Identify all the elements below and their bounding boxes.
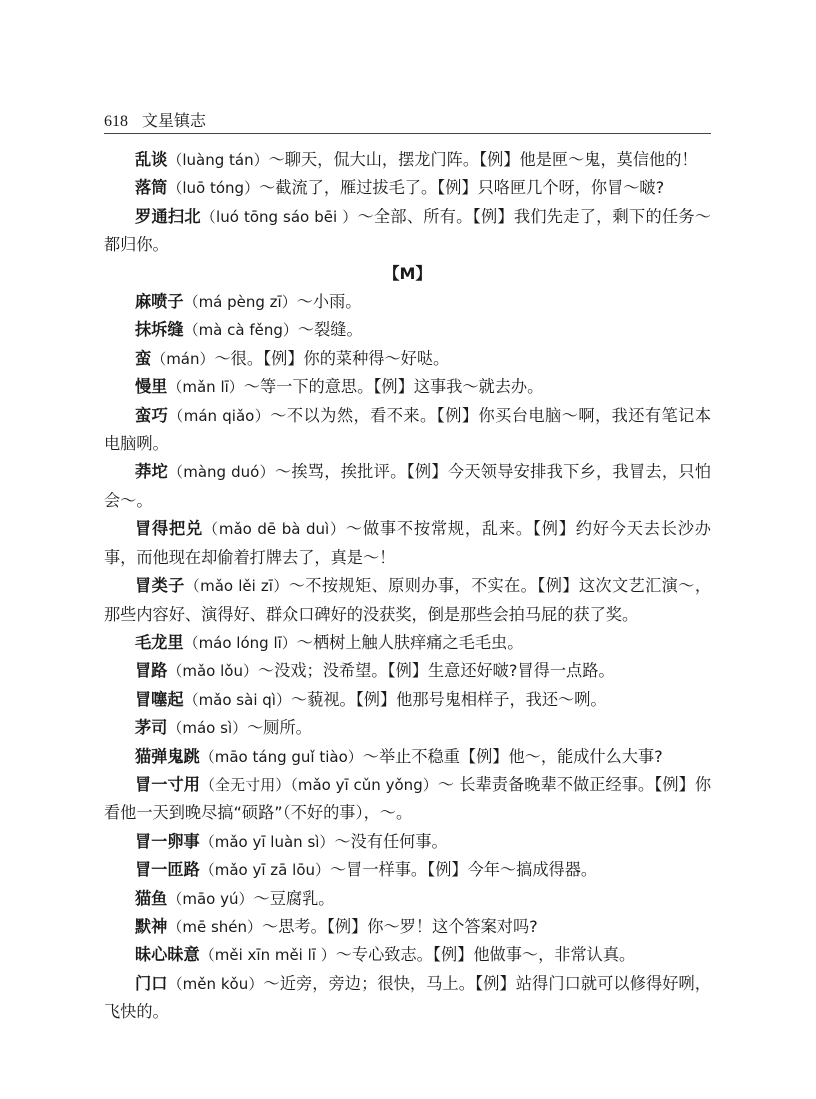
glossary-entry: 门口（měn kǒu）～近旁，旁边；很快，马上。【例】站得门口就可以修得好咧，飞… (104, 970, 711, 1027)
glossary-entry: 昧心昧意（měi xīn měi lī ）～专心致志。【例】他做事～，非常认真。 (104, 941, 711, 969)
glossary-entry: 抹坼缝（mà cà fěng）～裂缝。 (104, 316, 711, 344)
entry-pinyin: （měi xīn měi lī ） (200, 946, 336, 964)
entry-pinyin: （mǎo dē bà duì） (203, 520, 346, 538)
entry-pinyin: （máo sì） (167, 719, 247, 737)
entry-term: 蛮 (135, 349, 151, 368)
entry-term: 茅司 (135, 718, 167, 737)
entry-pinyin: （mǎo lěi zī） (185, 577, 289, 595)
glossary-entry: 冒得把兑（mǎo dē bà duì）～做事不按常规，乱来。【例】约好今天去长沙… (104, 515, 711, 572)
entry-pinyin: （luō tóng） (167, 179, 259, 197)
entry-pinyin: （mǎn lī） (167, 378, 243, 396)
section-heading-m: 【M】 (104, 260, 711, 288)
entry-pinyin: （má pèng zī） (184, 293, 297, 311)
entry-term: 冒噻起 (135, 690, 184, 709)
glossary-entry: 茅司（máo sì）～厕所。 (104, 714, 711, 742)
entry-term: 慢里 (135, 377, 167, 396)
glossary-entry: 猫鱼（māo yú）～豆腐乳。 (104, 885, 711, 913)
entry-term: 冒一寸用 (135, 775, 200, 794)
entry-definition: ～栖树上触人肤痒痛之毛毛虫。 (297, 633, 524, 652)
page-number: 618 (104, 113, 128, 131)
glossary-entry: 冒路（mǎo lǒu）～没戏；没希望。【例】生意还好啵?冒得一点路。 (104, 657, 711, 685)
entry-definition: ～没戏；没希望。【例】生意还好啵?冒得一点路。 (258, 661, 615, 680)
entry-pinyin: （luó tōng sáo bēi ） (201, 208, 358, 226)
glossary-entry: 冒一卵事（mǎo yī luàn sì）～没有任何事。 (104, 828, 711, 856)
entry-pinyin: （mà cà fěng） (184, 321, 298, 339)
glossary-entry: 毛龙里（máo lóng lī）～栖树上触人肤痒痛之毛毛虫。 (104, 629, 711, 657)
entry-pinyin: （mǎo yī luàn sì） (200, 833, 335, 851)
entry-term: 昧心昧意 (135, 945, 200, 964)
glossary-entry: 罗通扫北（luó tōng sáo bēi ）～全部、所有。【例】我们先走了，剩… (104, 203, 711, 260)
entry-term: 莽坨 (135, 462, 168, 481)
book-title: 文星镇志 (142, 112, 206, 130)
entry-definition: ～思考。【例】你～罗！这个答案对吗? (262, 917, 538, 936)
entry-pinyin: （mán） (151, 350, 214, 368)
entry-pinyin: （mán qiǎo） (168, 407, 270, 425)
glossary-entry: 默神（mē shén）～思考。【例】你～罗！这个答案对吗? (104, 913, 711, 941)
entry-term: 冒一卵事 (135, 832, 200, 851)
entry-term: 猫鱼 (135, 889, 167, 908)
entry-pinyin: （máo lóng lī） (184, 634, 297, 652)
entry-pinyin: （màng duó） (168, 463, 275, 481)
entry-definition: ～裂缝。 (298, 320, 363, 339)
entry-term: 抹坼缝 (135, 320, 184, 339)
entry-term: 冒类子 (135, 576, 185, 595)
entry-definition: ～厕所。 (247, 718, 312, 737)
entry-term: 麻喷子 (135, 292, 184, 311)
entry-term: 门口 (135, 974, 168, 993)
entry-term: 默神 (135, 917, 167, 936)
entry-definition: ～举止不稳重【例】他～，能成什么大事? (363, 747, 663, 766)
entry-term: 落筒 (135, 178, 167, 197)
entry-definition: ～没有任何事。 (334, 832, 447, 851)
entry-pinyin: （luàng tán） (167, 151, 268, 169)
entry-definition: ～聊天，侃大山，摆龙门阵。【例】他是匣～鬼，莫信他的！ (269, 150, 698, 169)
entry-pinyin: （māo yú） (167, 890, 253, 908)
glossary-entry: 慢里（mǎn lī）～等一下的意思。【例】这事我～就去办。 (104, 373, 711, 401)
entry-definition: ～很。【例】你的菜种得～好哒。 (215, 349, 450, 368)
entry-definition: ～截流了，雁过拔毛了。【例】只咯匣几个呀，你冒～啵? (259, 178, 664, 197)
entry-term: 毛龙里 (135, 633, 184, 652)
entry-term: 冒路 (135, 661, 167, 680)
glossary-entry: 猫弹鬼跳（māo táng guǐ tiào）～举止不稳重【例】他～，能成什么大… (104, 743, 711, 771)
entry-definition: ～藐视。【例】他那号鬼相样子，我还～咧。 (291, 690, 607, 709)
entry-term: 乱谈 (135, 150, 167, 169)
glossary-entry: 冒一匝路（mǎo yī zā lōu）～冒一样事。【例】今年～搞成得器。 (104, 856, 711, 884)
glossary-entry: 蛮巧（mán qiǎo）～不以为然，看不来。【例】你买台电脑～啊，我还有笔记本电… (104, 402, 711, 459)
entry-definition: ～豆腐乳。 (254, 889, 335, 908)
glossary-body: 乱谈（luàng tán）～聊天，侃大山，摆龙门阵。【例】他是匣～鬼，莫信他的！… (104, 146, 711, 1027)
entry-term: 冒一匝路 (135, 860, 200, 879)
entry-definition: ～等一下的意思。【例】这事我～就去办。 (244, 377, 543, 396)
running-header: 618 文星镇志 (104, 113, 711, 134)
glossary-entry: 冒类子（mǎo lěi zī）～不按规矩、原则办事，不实在。【例】这次文艺汇演～… (104, 572, 711, 629)
entry-pinyin: （mǎo lǒu） (167, 662, 258, 680)
entry-term: 罗通扫北 (135, 207, 201, 226)
glossary-entry: 麻喷子（má pèng zī）～小雨。 (104, 288, 711, 316)
glossary-entry: 冒噻起（mǎo sài qì）～藐视。【例】他那号鬼相样子，我还～咧。 (104, 686, 711, 714)
entry-term: 冒得把兑 (135, 519, 203, 538)
glossary-entry: 蛮（mán）～很。【例】你的菜种得～好哒。 (104, 345, 711, 373)
entry-definition: ～冒一样事。【例】今年～搞成得器。 (330, 860, 597, 879)
entry-pinyin: （mǎo yī zā lōu） (200, 861, 330, 879)
glossary-entry: 落筒（luō tóng）～截流了，雁过拔毛了。【例】只咯匣几个呀，你冒～啵? (104, 174, 711, 202)
entry-term: 猫弹鬼跳 (135, 747, 200, 766)
entry-pinyin: （全无寸用）（mǎo yī cǔn yǒng） (200, 776, 438, 794)
glossary-entry: 冒一寸用（全无寸用）（mǎo yī cǔn yǒng）～ 长辈责备晚辈不做正经事… (104, 771, 711, 828)
entry-pinyin: （māo táng guǐ tiào） (200, 748, 363, 766)
entry-pinyin: （měn kǒu） (168, 975, 264, 993)
glossary-entry: 乱谈（luàng tán）～聊天，侃大山，摆龙门阵。【例】他是匣～鬼，莫信他的！ (104, 146, 711, 174)
entry-pinyin: （mē shén） (167, 918, 262, 936)
entry-definition: ～专心致志。【例】他做事～，非常认真。 (336, 945, 635, 964)
entry-definition: ～小雨。 (297, 292, 362, 311)
glossary-entry: 莽坨（màng duó）～挨骂，挨批评。【例】今天领导安排我下乡，我冒去，只怕会… (104, 458, 711, 515)
entry-pinyin: （mǎo sài qì） (184, 691, 291, 709)
entry-term: 蛮巧 (135, 406, 168, 425)
